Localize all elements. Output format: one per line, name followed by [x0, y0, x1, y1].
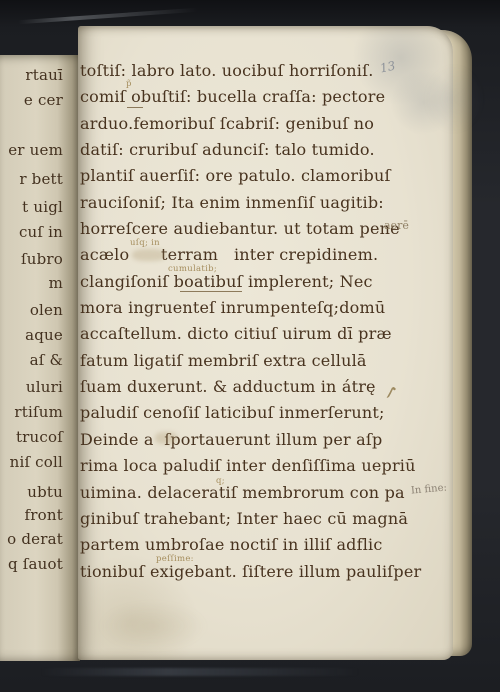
text-line: rima loca paludiſ inter denſiſſima uepri…: [80, 453, 430, 479]
facing-page-fragment: q ſauot: [8, 557, 63, 572]
facing-page-fragment: uluri: [26, 380, 63, 395]
facing-page-fragment: trucoſ: [16, 430, 63, 445]
text-line: tionibuſ exigebant. ſiſtere illum pauliſ…: [80, 559, 430, 585]
text-line: arduo.femoribuſ ſcabriſ: genibuſ no: [80, 111, 430, 137]
facing-page-fragment: niſ coll: [10, 455, 63, 470]
page-stain: [98, 601, 208, 651]
text-block: toſtiſ: labro lato. uocibuſ horriſoniſ. …: [80, 58, 430, 585]
text-line: accaſtellum. dicto citiuſ uirum dī præ: [80, 321, 430, 347]
manuscript-photo: rtauī e cer er uem r bett t uigl cuſ in …: [0, 0, 500, 692]
text-line: plantiſ auerſiſ: ore patulo. clamoribuſ: [80, 163, 430, 189]
book-cover-top-edge: [18, 8, 198, 25]
expunction-underline: [127, 107, 143, 108]
facing-page-fragment: rtiſum: [14, 405, 63, 420]
text-line: rauciſoniſ; Ita enim inmenſiſ uagitib:: [80, 190, 430, 216]
erasure-smudge: [155, 432, 177, 444]
text-line: uimina. delaceratiſ membrorum con pa: [80, 480, 430, 506]
facing-page-fragment: t uigl: [22, 200, 63, 215]
facing-page: rtauī e cer er uem r bett t uigl cuſ in …: [0, 55, 80, 661]
facing-page-fragment: front: [25, 508, 63, 523]
erasure-smudge: [132, 249, 166, 261]
text-line: ginibuſ trahebant; Inter haec cū magnā: [80, 506, 430, 532]
interlinear-gloss-pessime: peſſime:: [156, 555, 194, 564]
text-line: ſuam duxerunt. & adductum in átrę: [80, 374, 430, 400]
text-line: clangiſoniſ boatibuſ implerent; Nec: [80, 269, 430, 295]
text-line: mora ingruenteſ inrumpenteſq;domū: [80, 295, 430, 321]
facing-page-fragment: m: [49, 276, 63, 291]
text-line: toſtiſ: labro lato. uocibuſ horriſoniſ.: [80, 58, 430, 84]
interlinear-gloss-prae: p̃: [126, 80, 132, 89]
facing-page-fragment: er uem: [8, 143, 63, 158]
text-line: paludiſ cenoſiſ laticibuſ inmerſerunt;: [80, 400, 430, 426]
text-line: fatum ligatiſ membriſ extra cellulā: [80, 348, 430, 374]
interlinear-gloss-usque-in: uſq; in: [130, 239, 160, 248]
text-line: datiſ: cruribuſ adunciſ: talo tumido.: [80, 137, 430, 163]
facing-page-fragment: e cer: [24, 93, 63, 108]
margin-note-aere: aerē: [384, 220, 409, 231]
text-line: Deinde a ſportauerunt illum per aſp: [80, 427, 430, 453]
facing-page-fragment: rtauī: [25, 68, 63, 83]
facing-page-fragment: olen: [30, 303, 63, 318]
interlinear-gloss-cumulatis: cumulatib;: [168, 265, 217, 274]
text-line: partem umbroſae noctiſ in illiſ adflic: [80, 532, 430, 558]
facing-page-fragment: r bett: [19, 172, 63, 187]
facing-page-fragment: ſubro: [21, 252, 63, 267]
facing-page-fragment: aque: [25, 328, 63, 343]
expunction-underline: [180, 291, 242, 292]
facing-page-fragment: aſ &: [30, 353, 63, 368]
corner-smudge: [424, 64, 484, 134]
interlinear-gloss-que: q;: [216, 477, 225, 486]
book-cover-bottom-edge: [40, 668, 360, 676]
facing-page-fragment: ubtu: [27, 485, 63, 500]
facing-page-fragment: cuſ in: [19, 225, 63, 240]
facing-page-fragment: o derat: [7, 532, 63, 547]
